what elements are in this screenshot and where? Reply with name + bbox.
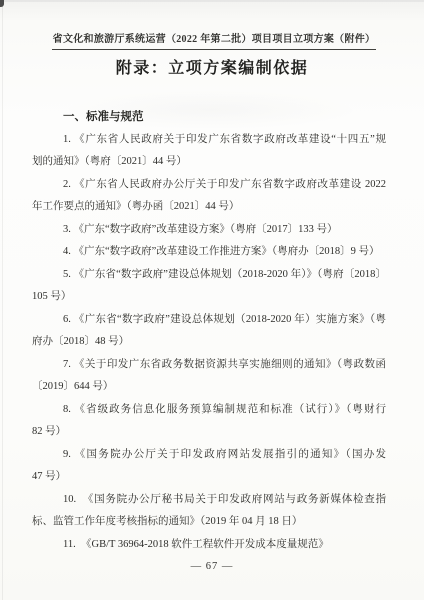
- reference-line: 标、监管工作年度考核指标的通知》（2019 年 04 月 18 日）: [32, 511, 386, 534]
- reference-item: 8. 《省级政务信息化服务预算编制规范和标准（试行）》（粤财行〔2019〕82 …: [32, 399, 386, 444]
- reference-line: 9. 《国务院办公厅关于印发政府网站发展指引的通知》（国办发〔2017〕: [32, 444, 386, 467]
- reference-line: 2. 《广东省人民政府办公厅关于印发广东省数字政府改革建设 2022: [32, 174, 386, 197]
- reference-item: 5. 《广东省“数字政府”建设总体规划（2018-2020 年）》（粤府〔201…: [32, 264, 386, 309]
- document-body: 一、标准与规范 1. 《广东省人民政府关于印发广东省数字政府改革建设“十四五”规…: [32, 106, 386, 556]
- reference-item: 6. 《广东省“数字政府”建设总体规划（2018-2020 年）实施方案》（粤府…: [32, 309, 386, 354]
- reference-list: 1. 《广东省人民政府关于印发广东省数字政府改革建设“十四五”规划的通知》（粤府…: [32, 129, 386, 557]
- reference-item: 7. 《关于印发广东省政务数据资源共享实施细则的通知》（粤政数函〔2019〕64…: [32, 354, 386, 399]
- reference-line: 4. 《广东“数字政府”改革建设工作推进方案》（粤府办〔2018〕9 号）: [32, 241, 386, 264]
- reference-item: 4. 《广东“数字政府”改革建设工作推进方案》（粤府办〔2018〕9 号）: [32, 241, 386, 264]
- reference-line: 〔2019〕644 号）: [32, 376, 386, 399]
- running-header-text: 省文化和旅游厅系统运营（2022 年第二批）项目项目立项方案（附件）: [53, 34, 376, 45]
- page-number: — 67 —: [0, 561, 424, 572]
- scan-edge-line: [2, 0, 3, 600]
- section-heading: 一、标准与规范: [32, 106, 386, 129]
- reference-line: 7. 《关于印发广东省政务数据资源共享实施细则的通知》（粤政数函: [32, 354, 386, 377]
- scan-top-edge: [0, 0, 424, 2]
- reference-line: 5. 《广东省“数字政府”建设总体规划（2018-2020 年）》（粤府〔201…: [32, 264, 386, 287]
- scanned-document-page: 省文化和旅游厅系统运营（2022 年第二批）项目项目立项方案（附件） 附录：立项…: [0, 0, 424, 600]
- reference-item: 1. 《广东省人民政府关于印发广东省数字政府改革建设“十四五”规划的通知》（粤府…: [32, 129, 386, 174]
- reference-line: 府办〔2018〕48 号）: [32, 331, 386, 354]
- reference-line: 3. 《广东“数字政府”改革建设方案》（粤府〔2017〕133 号）: [32, 219, 386, 242]
- reference-line: 11. 《GB/T 36964-2018 软件工程软件开发成本度量规范》: [32, 534, 386, 557]
- reference-line: 年工作要点的通知》（粤办函〔2021〕44 号）: [32, 196, 386, 219]
- reference-line: 1. 《广东省人民政府关于印发广东省数字政府改革建设“十四五”规: [32, 129, 386, 152]
- reference-line: 10. 《国务院办公厅秘书局关于印发政府网站与政务新媒体检查指: [32, 489, 386, 512]
- appendix-title: 附录：立项方案编制依据: [0, 55, 424, 78]
- reference-line: 6. 《广东省“数字政府”建设总体规划（2018-2020 年）实施方案》（粤: [32, 309, 386, 332]
- reference-item: 11. 《GB/T 36964-2018 软件工程软件开发成本度量规范》: [32, 534, 386, 557]
- reference-line: 8. 《省级政务信息化服务预算编制规范和标准（试行）》（粤财行〔2019〕: [32, 399, 386, 422]
- reference-line: 划的通知》（粤府〔2021〕44 号）: [32, 151, 386, 174]
- reference-item: 3. 《广东“数字政府”改革建设方案》（粤府〔2017〕133 号）: [32, 219, 386, 242]
- reference-item: 9. 《国务院办公厅关于印发政府网站发展指引的通知》（国办发〔2017〕47 号…: [32, 444, 386, 489]
- reference-line: 82 号）: [32, 421, 386, 444]
- reference-line: 47 号）: [32, 466, 386, 489]
- reference-line: 105 号）: [32, 286, 386, 309]
- document-running-header: 省文化和旅游厅系统运营（2022 年第二批）项目项目立项方案（附件）: [52, 30, 376, 50]
- reference-item: 2. 《广东省人民政府办公厅关于印发广东省数字政府改革建设 2022年工作要点的…: [32, 174, 386, 219]
- reference-item: 10. 《国务院办公厅秘书局关于印发政府网站与政务新媒体检查指标、监管工作年度考…: [32, 489, 386, 534]
